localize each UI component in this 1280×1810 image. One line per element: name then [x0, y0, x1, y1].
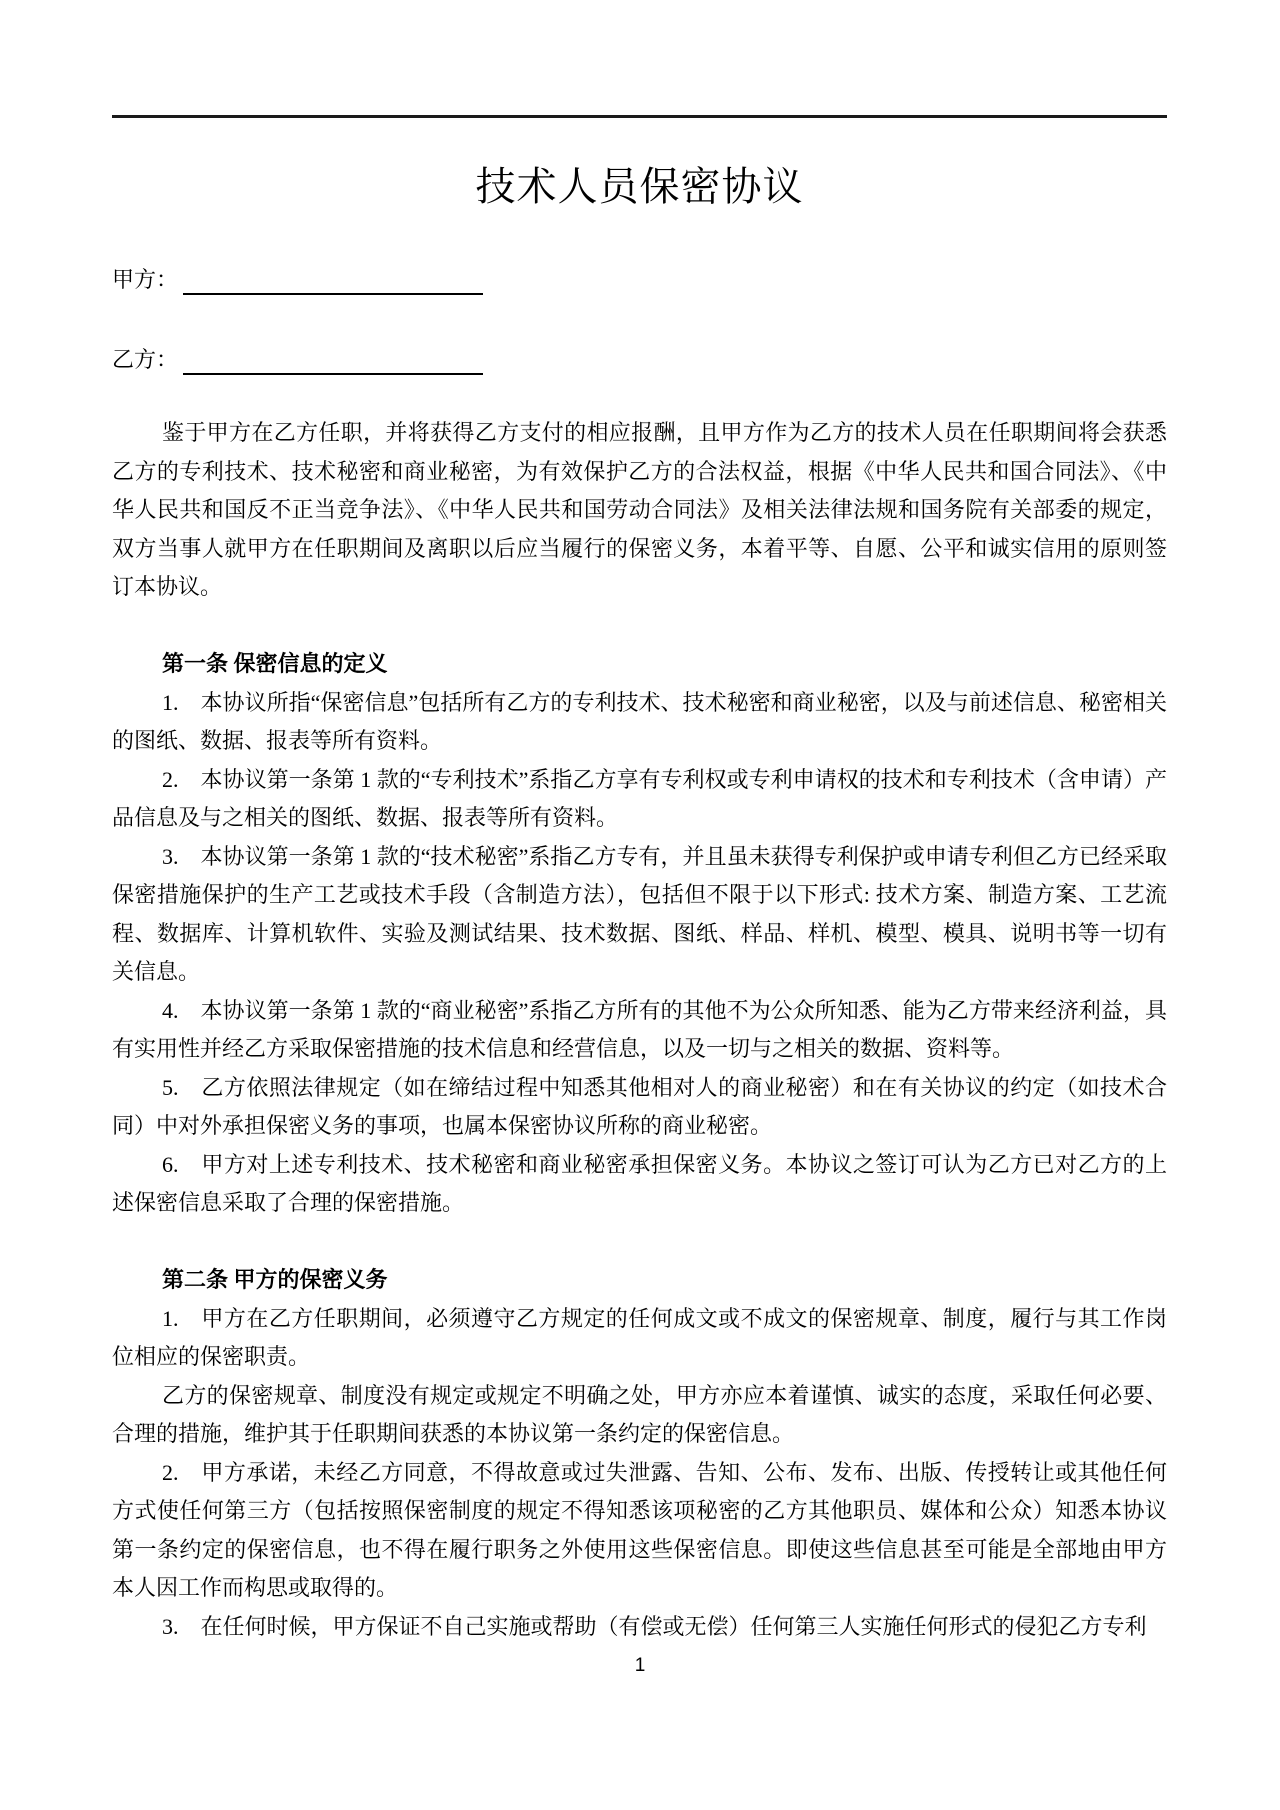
page-number: 1	[0, 1655, 1280, 1677]
party-a-row: 甲方：	[112, 265, 1167, 295]
section-1-item-3: 3. 本协议第一条第 1 款的“技术秘密”系指乙方专有，并且虽未获得专利保护或申…	[112, 838, 1167, 992]
party-b-label: 乙方：	[112, 347, 178, 372]
document-title: 技术人员保密协议	[112, 163, 1167, 211]
section-1-heading: 第一条 保密信息的定义	[112, 645, 1167, 684]
document-content: 技术人员保密协议 甲方： 乙方： 鉴于甲方在乙方任职，并将获得乙方支付的相应报酬…	[112, 115, 1167, 1646]
section-1-item-5: 5. 乙方依照法律规定（如在缔结过程中知悉其他相对人的商业秘密）和在有关协议的约…	[112, 1069, 1167, 1146]
section-2-heading: 第二条 甲方的保密义务	[112, 1261, 1167, 1300]
section-1-item-2: 2. 本协议第一条第 1 款的“专利技术”系指乙方享有专利权或专利申请权的技术和…	[112, 761, 1167, 838]
party-b-row: 乙方：	[112, 345, 1167, 375]
section-2-item-1: 1. 甲方在乙方任职期间，必须遵守乙方规定的任何成文或不成文的保密规章、制度，履…	[112, 1300, 1167, 1377]
party-a-fill-line[interactable]	[183, 265, 483, 295]
header-rule-divider	[112, 115, 1167, 118]
party-a-label: 甲方：	[112, 267, 178, 292]
section-1-item-6: 6. 甲方对上述专利技术、技术秘密和商业秘密承担保密义务。本协议之签订可认为乙方…	[112, 1146, 1167, 1223]
section-2-item-2: 2. 甲方承诺，未经乙方同意，不得故意或过失泄露、告知、公布、发布、出版、传授转…	[112, 1454, 1167, 1608]
section-2-item-1-continued: 乙方的保密规章、制度没有规定或规定不明确之处，甲方亦应本着谨慎、诚实的态度，采取…	[112, 1377, 1167, 1454]
section-1-item-1: 1. 本协议所指“保密信息”包括所有乙方的专利技术、技术秘密和商业秘密，以及与前…	[112, 684, 1167, 761]
document-page: 技术人员保密协议 甲方： 乙方： 鉴于甲方在乙方任职，并将获得乙方支付的相应报酬…	[0, 0, 1280, 1810]
intro-paragraph: 鉴于甲方在乙方任职，并将获得乙方支付的相应报酬，且甲方作为乙方的技术人员在任职期…	[112, 414, 1167, 607]
section-2-item-3: 3. 在任何时候，甲方保证不自己实施或帮助（有偿或无偿）任何第三人实施任何形式的…	[112, 1608, 1167, 1647]
party-b-fill-line[interactable]	[183, 345, 483, 375]
section-1-item-4: 4. 本协议第一条第 1 款的“商业秘密”系指乙方所有的其他不为公众所知悉、能为…	[112, 992, 1167, 1069]
